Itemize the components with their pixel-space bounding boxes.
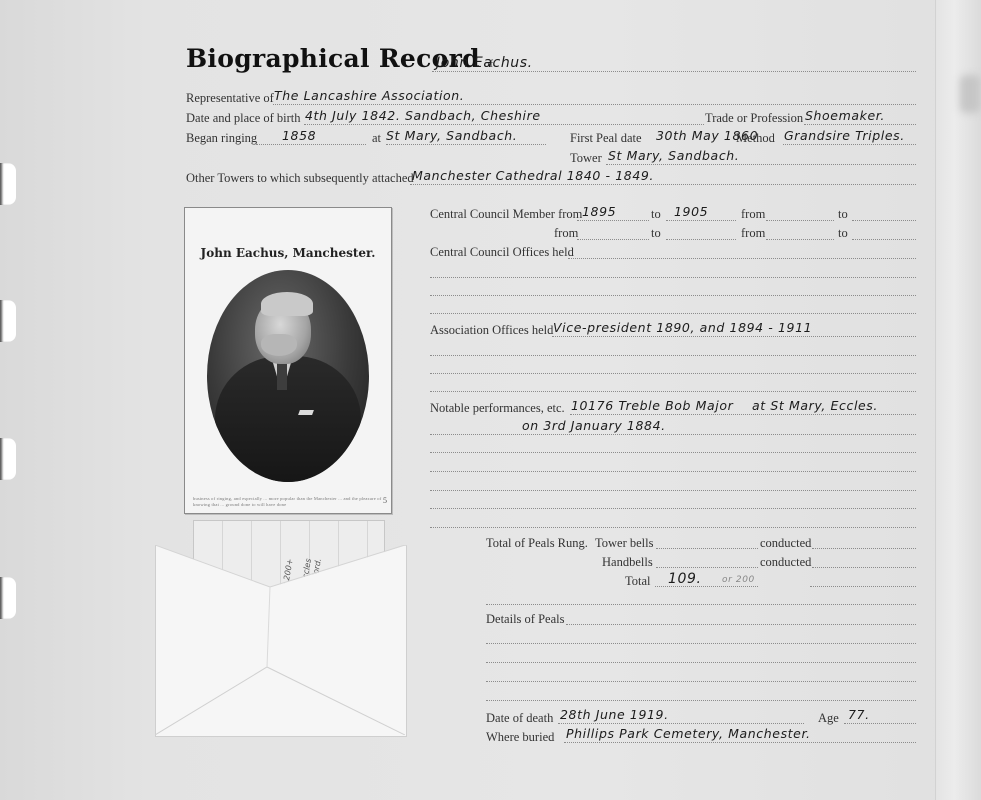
dotted-line — [410, 184, 916, 185]
dotted-line — [430, 295, 916, 296]
birth-value[interactable]: 4th July 1842. Sandbach, Cheshire — [305, 108, 541, 123]
portrait-clipping: John Eachus, Manchester. business of rin… — [184, 207, 392, 514]
dotted-line — [486, 643, 916, 644]
dotted-line — [804, 124, 916, 125]
tower-bells-label: Tower bells — [595, 536, 653, 551]
total-note: or 200 — [722, 575, 755, 585]
dotted-line — [844, 723, 916, 724]
handbells-label: Handbells — [602, 555, 653, 570]
dotted-line — [432, 71, 916, 72]
total-label: Total — [625, 574, 651, 589]
handbells-conducted-label: conducted — [760, 555, 811, 570]
dotted-line — [430, 434, 916, 435]
total-value[interactable]: 109. — [668, 571, 702, 587]
cc-from-label: from — [554, 226, 578, 241]
dotted-line — [570, 414, 916, 415]
method-label: Method — [736, 131, 775, 146]
notable-line1[interactable]: 10176 Treble Bob Major — [571, 398, 733, 413]
notable-line1b[interactable]: at St Mary, Eccles. — [752, 398, 878, 413]
dotted-line — [430, 527, 916, 528]
tower-label: Tower — [570, 151, 602, 166]
binder-punch-hole — [0, 300, 16, 342]
notable-line2[interactable]: on 3rd January 1884. — [522, 418, 666, 433]
binder-punch-hole — [0, 163, 16, 205]
birth-label: Date and place of birth — [186, 111, 301, 126]
cc-offices-label: Central Council Offices held — [430, 245, 574, 260]
dotted-line — [256, 144, 366, 145]
buried-label: Where buried — [486, 730, 554, 745]
smudge — [960, 75, 981, 113]
dotted-line — [852, 220, 916, 221]
dotted-line — [430, 391, 916, 392]
dotted-line — [430, 471, 916, 472]
dotted-line — [552, 336, 916, 337]
page-edge — [935, 0, 981, 800]
binder-punch-hole — [0, 438, 16, 480]
began-ringing-label: Began ringing — [186, 131, 257, 146]
cc-to-label: to — [838, 226, 848, 241]
association-offices-label: Association Offices held — [430, 323, 553, 338]
clipping-fine-print: business of ringing, and especially ... … — [193, 496, 383, 508]
trade-label: Trade or Profession — [705, 111, 803, 126]
cc-to-label: to — [838, 207, 848, 222]
dotted-line — [766, 239, 834, 240]
details-of-peals-label: Details of Peals — [486, 612, 564, 627]
envelope-fold-lines — [155, 545, 405, 735]
dotted-line — [577, 239, 649, 240]
began-at-value[interactable]: St Mary, Sandbach. — [386, 128, 517, 143]
dotted-line — [666, 239, 736, 240]
dotted-line — [430, 313, 916, 314]
notable-label: Notable performances, etc. — [430, 401, 565, 416]
portrait-photo — [207, 270, 369, 482]
dotted-line — [566, 624, 916, 625]
person-name: John Eachus. — [436, 55, 533, 71]
dotted-line — [766, 220, 834, 221]
dotted-line — [430, 373, 916, 374]
dotted-line — [812, 567, 916, 568]
dotted-line — [558, 723, 804, 724]
representative-label: Representative of — [186, 91, 274, 106]
dotted-line — [783, 144, 916, 145]
portrait-caption: John Eachus, Manchester. — [185, 246, 391, 260]
dotted-line — [606, 164, 916, 165]
began-at-label: at — [372, 131, 381, 146]
dotted-line — [812, 548, 916, 549]
dotted-line — [486, 700, 916, 701]
clipping-page-number: 5 — [383, 496, 387, 505]
dotted-line — [430, 355, 916, 356]
dotted-line — [486, 662, 916, 663]
cc-to-label: to — [651, 207, 661, 222]
cc-member-label: Central Council Member from — [430, 207, 582, 222]
peals-total-label: Total of Peals Rung. — [486, 536, 588, 551]
dotted-line — [386, 144, 546, 145]
dotted-line — [655, 586, 758, 587]
dotted-line — [810, 586, 916, 587]
dotted-line — [486, 604, 916, 605]
method-value[interactable]: Grandsire Triples. — [784, 128, 905, 143]
dotted-line — [564, 742, 916, 743]
dotted-line — [656, 567, 758, 568]
dotted-line — [273, 104, 916, 105]
representative-value[interactable]: The Lancashire Association. — [274, 88, 464, 103]
dotted-line — [486, 681, 916, 682]
dotted-line — [304, 124, 704, 125]
dotted-line — [577, 220, 649, 221]
cc-from-label: from — [741, 226, 765, 241]
dotted-line — [430, 490, 916, 491]
binder-punch-hole — [0, 577, 16, 619]
cc-to-value[interactable]: 1905 — [674, 204, 708, 219]
cc-to-label: to — [651, 226, 661, 241]
dotted-line — [852, 239, 916, 240]
dotted-line — [430, 508, 916, 509]
dotted-line — [430, 277, 916, 278]
age-label: Age — [818, 711, 839, 726]
tower-value[interactable]: St Mary, Sandbach. — [608, 148, 739, 163]
began-ringing-value[interactable]: 1858 — [282, 128, 316, 143]
dotted-line — [430, 452, 916, 453]
dotted-line — [666, 220, 736, 221]
first-peal-label: First Peal date — [570, 131, 642, 146]
other-towers-label: Other Towers to which subsequently attac… — [186, 171, 414, 186]
other-towers-value[interactable]: Manchester Cathedral 1840 - 1849. — [412, 168, 654, 183]
association-offices-value[interactable]: Vice-president 1890, and 1894 - 1911 — [553, 320, 812, 335]
buried-value[interactable]: Phillips Park Cemetery, Manchester. — [566, 726, 811, 741]
tower-conducted-label: conducted — [760, 536, 811, 551]
dotted-line — [656, 548, 758, 549]
age-value[interactable]: 77. — [848, 707, 870, 722]
cc-from-value[interactable]: 1895 — [582, 204, 616, 219]
dotted-line — [568, 258, 916, 259]
cc-from-label: from — [741, 207, 765, 222]
trade-value[interactable]: Shoemaker. — [805, 108, 885, 123]
envelope[interactable]: peals 200+ at Eccles Word. — [155, 515, 405, 735]
death-date-value[interactable]: 28th June 1919. — [560, 707, 669, 722]
death-date-label: Date of death — [486, 711, 553, 726]
